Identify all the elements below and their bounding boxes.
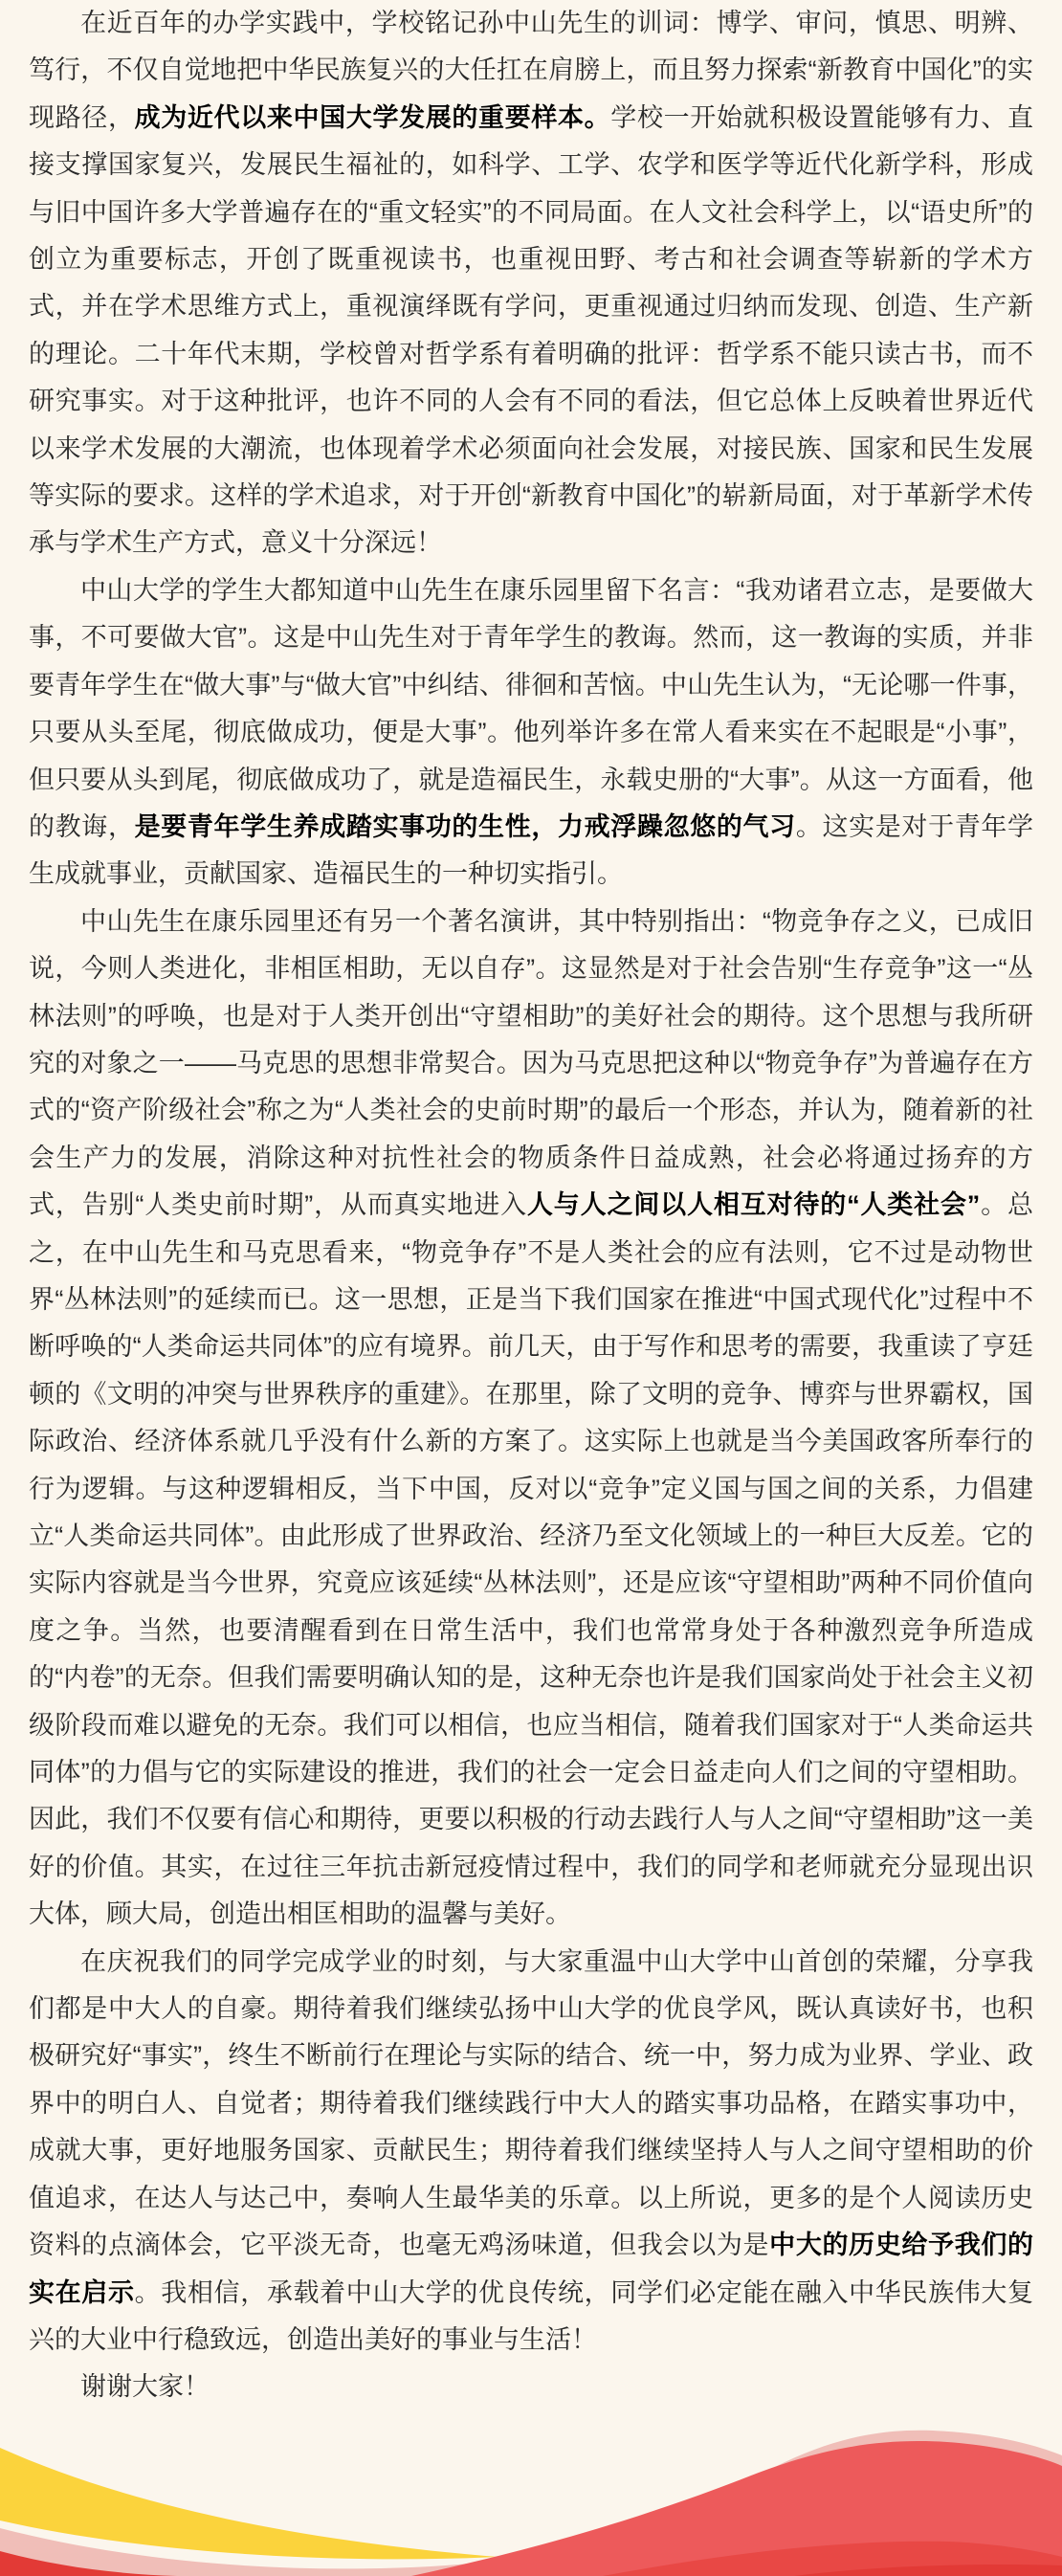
article-paragraph: 在近百年的办学实践中，学校铭记孙中山先生的训词：博学、审问，慎思、明辨、笃行，不… [29, 0, 1033, 567]
text-run: 谢谢大家！ [80, 2372, 210, 2401]
text-run: 中山先生在康乐园里还有另一个著名演讲，其中特别指出：“物竞争存之义，已成旧说，今… [29, 907, 1033, 1219]
text-run: 在庆祝我们的同学完成学业的时刻，与大家重温中山大学中山首创的荣耀，分享我们都是中… [29, 1947, 1033, 2259]
emphasized-text-run: 成为近代以来中国大学发展的重要样本。 [135, 103, 611, 132]
emphasized-text-run: 是要青年学生养成踏实事功的生性，力戒浮躁忽悠的气习 [135, 812, 796, 841]
text-run: 。总之，在中山先生和马克思看来，“物竞争存”不是人类社会的应有法则，它不过是动物… [29, 1190, 1033, 1928]
article-page: 在近百年的办学实践中，学校铭记孙中山先生的训词：博学、审问，慎思、明辨、笃行，不… [0, 0, 1062, 2576]
article-paragraph: 谢谢大家！ [29, 2364, 1033, 2410]
article-body: 在近百年的办学实践中，学校铭记孙中山先生的训词：博学、审问，慎思、明辨、笃行，不… [0, 0, 1062, 2411]
wave-yellow [0, 2448, 498, 2559]
text-run: 学校一开始就积极设置能够有力、直接支撑国家复兴，发展民生福祉的，如科学、工学、农… [29, 103, 1033, 558]
emphasized-text-run: 人与人之间以人相互对待的“人类社会” [527, 1190, 980, 1219]
article-paragraph: 在庆祝我们的同学完成学业的时刻，与大家重温中山大学中山首创的荣耀，分享我们都是中… [29, 1939, 1033, 2365]
text-run: 。我相信，承载着中山大学的优良传统，同学们必定能在融入中华民族伟大复兴的大业中行… [29, 2278, 1033, 2354]
text-run: 中山大学的学生大都知道中山先生在康乐园里留下名言：“我劝诸君立志，是要做大事，不… [29, 576, 1033, 841]
article-paragraph: 中山大学的学生大都知道中山先生在康乐园里留下名言：“我劝诸君立志，是要做大事，不… [29, 567, 1033, 899]
article-paragraph: 中山先生在康乐园里还有另一个著名演讲，其中特别指出：“物竞争存之义，已成旧说，今… [29, 899, 1033, 1939]
